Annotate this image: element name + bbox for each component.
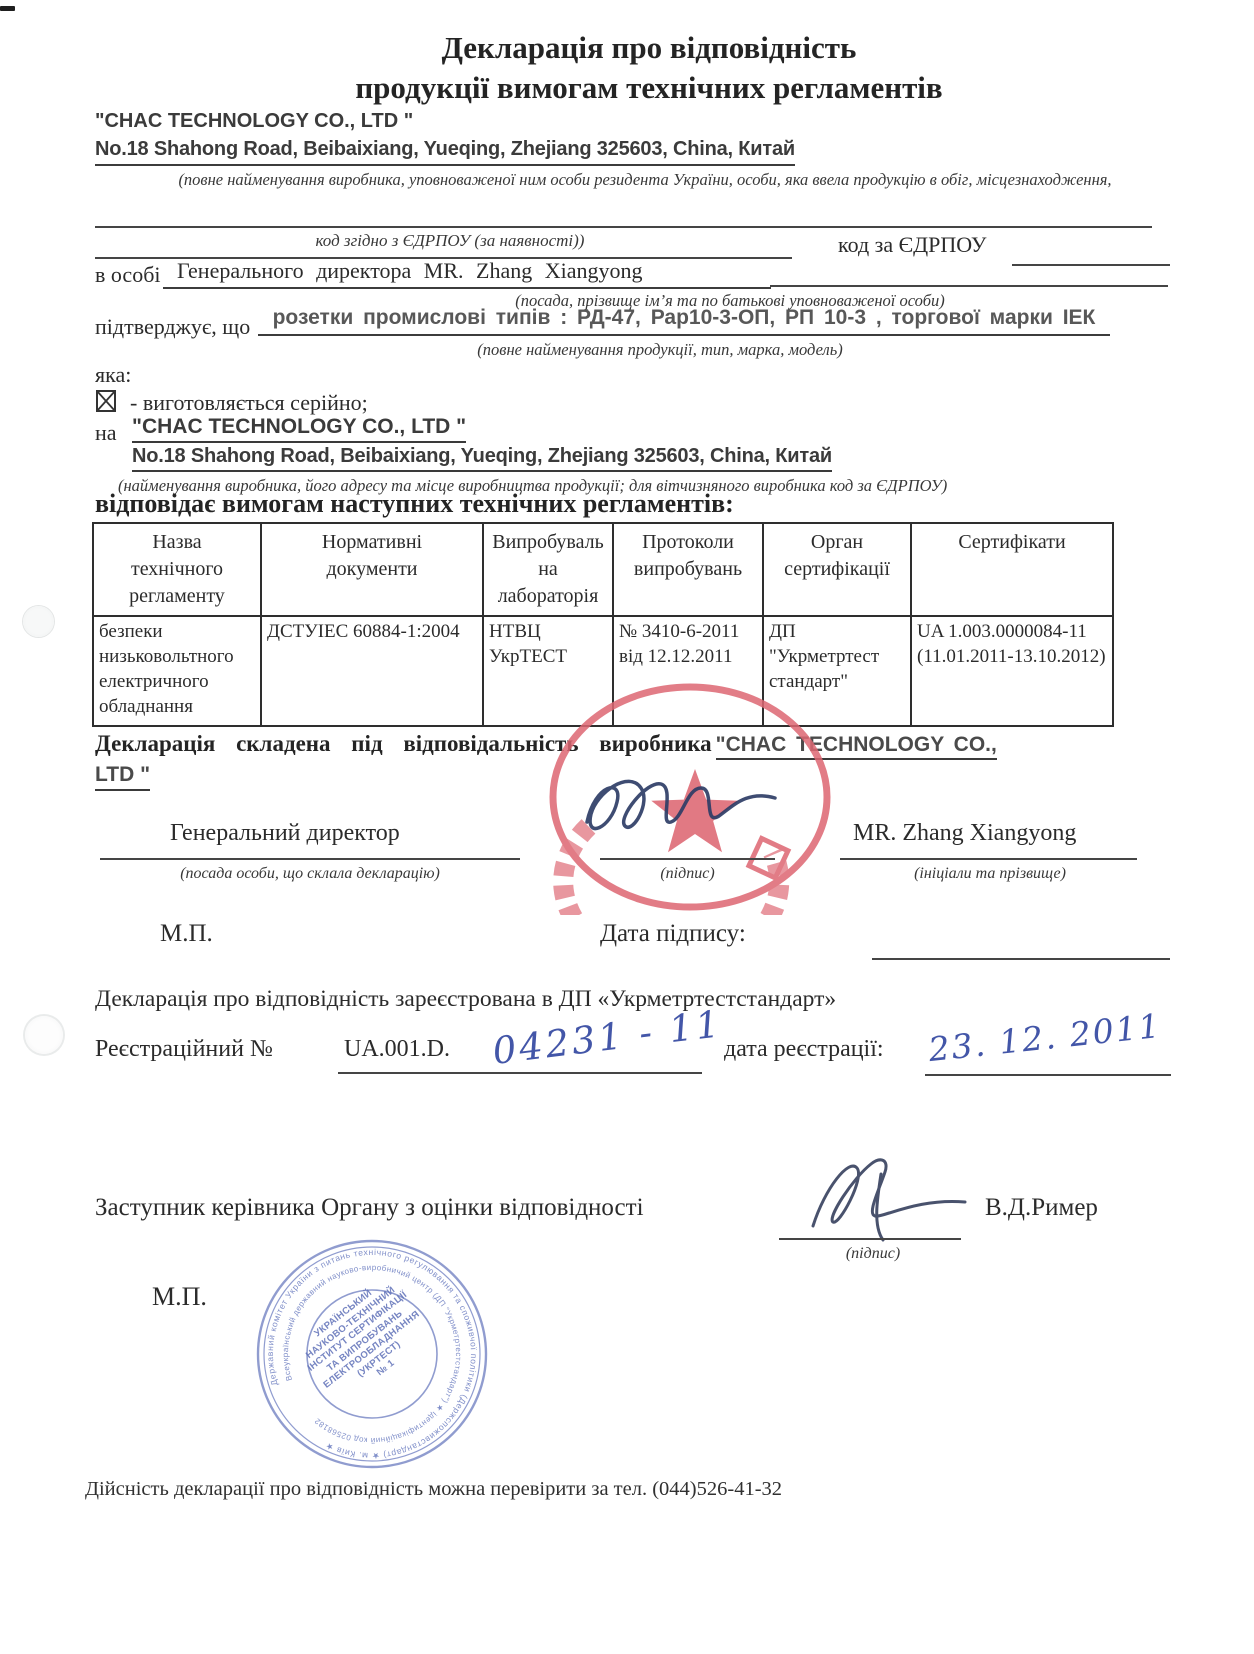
verify-phone-line: Дійсність декларації про відповідність м… [85,1478,782,1501]
confirms-label: підтверджує, що [95,314,250,340]
col-header-certificates: Сертифікати [911,523,1113,616]
product-note: (повне найменування продукції, тип, марк… [400,340,920,359]
director-title-line [100,858,520,860]
serial-option-label: - виготовляється серійно; [130,390,368,416]
cell-normative-docs: ДСТУІЕС 60884-1:2004 [261,616,483,726]
producer-name: "CHAC TECHNOLOGY CO., LTD " [132,415,466,443]
reg-number-line [338,1072,702,1074]
reg-date-handwritten: 23. 12. 2011 [927,1006,1164,1069]
deputy-signature-note: (підпис) [798,1244,948,1263]
on-label: на [95,420,117,446]
which-label: яка: [95,362,131,388]
reg-number-label: Реєстраційний № [95,1036,273,1063]
reg-date-label: дата реєстрації: [724,1036,884,1063]
col-header-normative-docs: Нормативні документи [261,523,483,616]
product-value: розетки промислові типів : РД-47, Рар10-… [258,306,1110,336]
stamp-place-abbr-bottom: М.П. [152,1282,207,1312]
reg-number-prefix: UA.001.D. [344,1036,450,1063]
person-right-line [770,285,1168,287]
signature-line [600,858,775,860]
hole-punch-bottom [25,1016,63,1054]
page-title-line1: Декларація про відповідність [44,28,1254,68]
page-title: Декларація про відповідність продукції в… [0,28,1254,108]
producer-address: No.18 Shahong Road, Beibaixiang, Yueqing… [132,445,832,472]
edrpou-note: код згідно з ЄДРПОУ (за наявності)) [230,231,670,250]
page-title-line2: продукції вимогам технічних регламентів [44,68,1254,108]
sign-date-label: Дата підпису: [600,920,746,948]
director-title: Генеральний директор [170,820,400,847]
col-header-test-reports: Протоколи випробувань [613,523,763,616]
signature-note: (підпис) [600,864,775,883]
deputy-name: В.Д.Ример [985,1194,1098,1222]
stamp-place-abbr: М.П. [160,920,213,948]
manufacturer-note: (повне найменування виробника, уповноваж… [140,170,1150,189]
scan-corner-mark [0,6,15,11]
col-header-cert-body: Орган сертифікації [763,523,911,616]
registered-statement: Декларація про відповідність зареєстрова… [95,986,836,1013]
serial-checkbox-checked-icon [95,389,117,418]
person-label: в особі [95,262,161,288]
hole-punch-top [23,606,54,637]
person-value: Генерального директора MR. Zhang Xiangyo… [163,258,771,289]
cell-regulation: безпеки низьковольтного електричного обл… [93,616,261,726]
compliance-heading: відповідає вимогам наступних технічних р… [95,489,734,519]
scanned-declaration-page: Декларація про відповідність продукції в… [0,0,1254,1654]
director-name: MR. Zhang Xiangyong [853,820,1076,847]
declaration-company-part2: LTD " [95,763,150,791]
col-header-regulation: Назва технічного регламенту [93,523,261,616]
deputy-title: Заступник керівника Органу з оцінки відп… [95,1194,644,1222]
reg-date-line [925,1074,1171,1076]
col-header-test-lab: Випробуваль на лабораторія [483,523,613,616]
manufacturer-address: No.18 Shahong Road, Beibaixiang, Yueqing… [95,138,795,166]
manufacturer-name: "CHAC TECHNOLOGY CO., LTD " [95,110,413,133]
edrpou-label-right: код за ЄДРПОУ [838,232,986,258]
director-name-note: (ініціали та прізвище) [870,864,1110,883]
field-line-top [95,226,1152,228]
edrpou-right-line [1012,264,1170,266]
director-title-note: (посада особи, що склала декларацію) [115,864,505,883]
cell-certificates: UA 1.003.0000084-11 (11.01.2011-13.10.20… [911,616,1113,726]
sign-date-line [872,958,1170,960]
director-name-line [840,858,1137,860]
director-signature [575,742,805,862]
deputy-signature-line [779,1238,961,1240]
table-header-row: Назва технічного регламенту Нормативні д… [93,523,1113,616]
deputy-signature [795,1126,980,1249]
